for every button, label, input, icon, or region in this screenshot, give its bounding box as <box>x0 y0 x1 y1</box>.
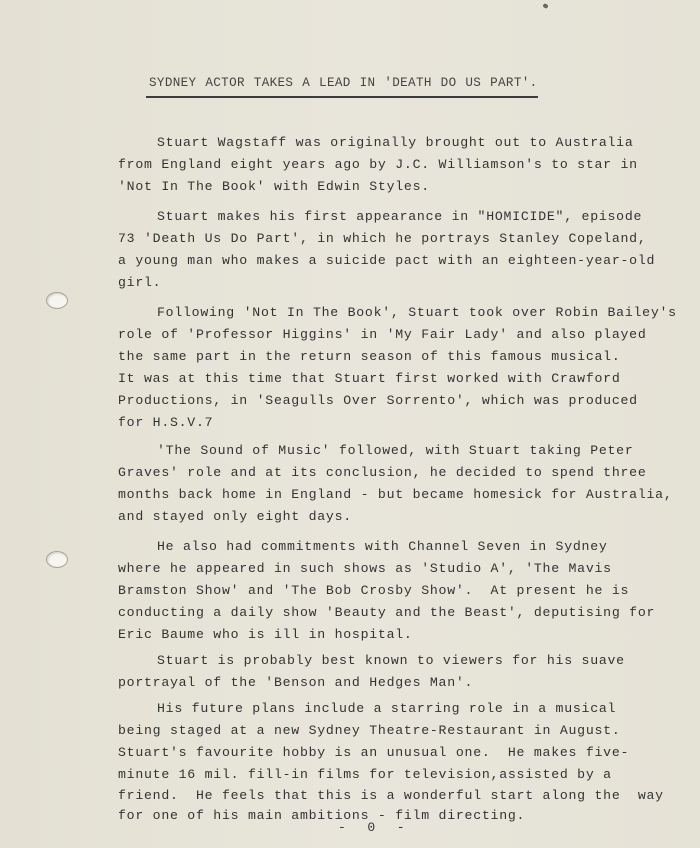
paragraph-2-line-2: 73 'Death Us Do Part', in which he portr… <box>118 231 647 246</box>
paragraph-7-line-2: being staged at a new Sydney Theatre-Res… <box>118 723 621 738</box>
paragraph-3-line-5: Productions, in 'Seagulls Over Sorrento'… <box>118 393 638 408</box>
paragraph-3-line-3: the same part in the return season of th… <box>118 349 621 364</box>
paragraph-1-line-3: 'Not In The Book' with Edwin Styles. <box>118 179 430 194</box>
paragraph-3-line-6: for H.S.V.7 <box>118 415 213 430</box>
staple-mark <box>542 3 548 9</box>
paragraph-7-line-4: minute 16 mil. fill-in films for televis… <box>118 767 612 782</box>
typed-document-page: SYDNEY ACTOR TAKES A LEAD IN 'DEATH DO U… <box>0 0 700 848</box>
document-title: SYDNEY ACTOR TAKES A LEAD IN 'DEATH DO U… <box>149 76 538 90</box>
paragraph-3-line-4: It was at this time that Stuart first wo… <box>118 371 621 386</box>
paragraph-5-line-4: conducting a daily show 'Beauty and the … <box>118 605 655 620</box>
page-number: - 0 - <box>338 820 407 835</box>
paragraph-3-line-1: Following 'Not In The Book', Stuart took… <box>157 305 677 320</box>
paragraph-7-line-6: for one of his main ambitions - film dir… <box>118 808 525 823</box>
paragraph-3-line-2: role of 'Professor Higgins' in 'My Fair … <box>118 327 647 342</box>
paragraph-5-line-5: Eric Baume who is ill in hospital. <box>118 627 413 642</box>
paragraph-7-line-3: Stuart's favourite hobby is an unusual o… <box>118 745 629 760</box>
paragraph-7-line-1: His future plans include a starring role… <box>157 701 616 716</box>
paragraph-4-line-3: months back home in England - but became… <box>118 487 672 502</box>
paragraph-2-line-4: girl. <box>118 275 161 290</box>
paragraph-2-line-1: Stuart makes his first appearance in "HO… <box>157 209 642 224</box>
paragraph-6-line-1: Stuart is probably best known to viewers… <box>157 653 625 668</box>
paragraph-5-line-2: where he appeared in such shows as 'Stud… <box>118 561 612 576</box>
paragraph-7-line-5: friend. He feels that this is a wonderfu… <box>118 788 664 803</box>
paragraph-5-line-1: He also had commitments with Channel Sev… <box>157 539 608 554</box>
paragraph-4-line-4: and stayed only eight days. <box>118 509 352 524</box>
paragraph-2-line-3: a young man who makes a suicide pact wit… <box>118 253 655 268</box>
title-underline <box>146 96 538 98</box>
paragraph-4-line-2: Graves' role and at its conclusion, he d… <box>118 465 647 480</box>
paragraph-6-line-2: portrayal of the 'Benson and Hedges Man'… <box>118 675 473 690</box>
paragraph-5-line-3: Bramston Show' and 'The Bob Crosby Show'… <box>118 583 629 598</box>
paragraph-1-line-2: from England eight years ago by J.C. Wil… <box>118 157 638 172</box>
punch-hole-top <box>46 292 68 309</box>
paragraph-1-line-1: Stuart Wagstaff was originally brought o… <box>157 135 634 150</box>
paragraph-4-line-1: 'The Sound of Music' followed, with Stua… <box>157 443 634 458</box>
punch-hole-bottom <box>46 551 68 568</box>
